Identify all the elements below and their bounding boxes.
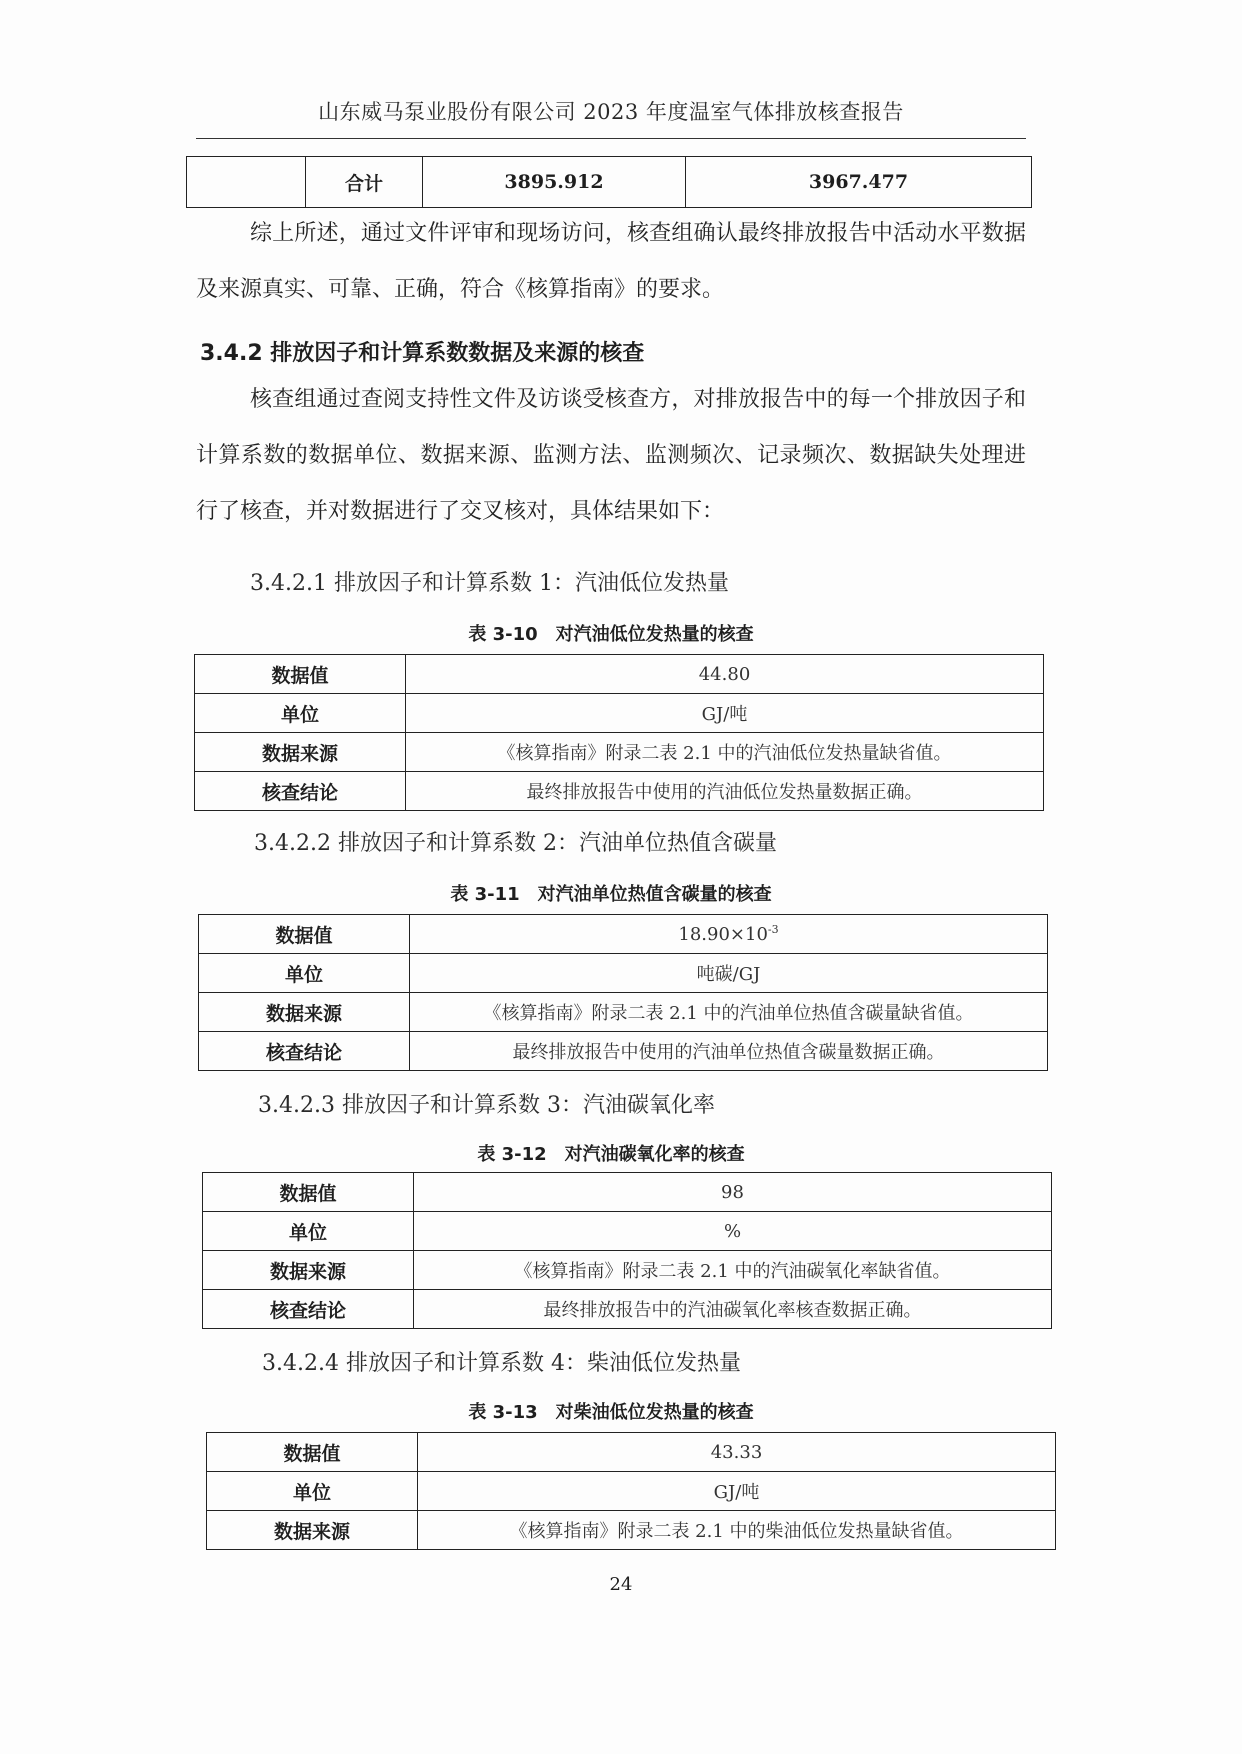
row-label: 数据来源 — [203, 1251, 414, 1290]
table-title: 对汽油碳氧化率的核查 — [565, 1144, 745, 1165]
row-value: 最终排放报告中使用的汽油低位发热量数据正确。 — [406, 772, 1044, 811]
table-3-12: 数据值98 单位% 数据来源《核算指南》附录二表 2.1 中的汽油碳氧化率缺省值… — [202, 1172, 1052, 1329]
row-label: 数据来源 — [195, 733, 406, 772]
row-value: 最终排放报告中使用的汽油单位热值含碳量数据正确。 — [410, 1032, 1048, 1071]
subsection-heading-2: 3.4.2.2 排放因子和计算系数 2：汽油单位热值含碳量 — [254, 826, 777, 857]
table-title: 对汽油单位热值含碳量的核查 — [538, 884, 772, 905]
page-number: 24 — [0, 1574, 1242, 1595]
table-row: 数据值44.80 — [195, 655, 1044, 694]
table-row: 单位% — [203, 1212, 1052, 1251]
table-number: 表 3-13 — [468, 1402, 537, 1423]
total-blank-cell — [187, 157, 306, 208]
table-row: 核查结论最终排放报告中使用的汽油低位发热量数据正确。 — [195, 772, 1044, 811]
row-value: 《核算指南》附录二表 2.1 中的汽油单位热值含碳量缺省值。 — [410, 993, 1048, 1032]
emissions-total-table: 合计 3895.912 3967.477 — [186, 156, 1032, 208]
total-value-1-cell: 3895.912 — [423, 157, 686, 208]
row-label: 数据来源 — [199, 993, 410, 1032]
row-value: 《核算指南》附录二表 2.1 中的汽油碳氧化率缺省值。 — [414, 1251, 1052, 1290]
row-value: 最终排放报告中的汽油碳氧化率核查数据正确。 — [414, 1290, 1052, 1329]
row-label: 数据值 — [207, 1433, 418, 1472]
table-row: 数据值18.90×10-3 — [199, 915, 1048, 954]
row-value: % — [414, 1212, 1052, 1251]
table-row: 单位GJ/吨 — [207, 1472, 1056, 1511]
table-row: 数据来源《核算指南》附录二表 2.1 中的柴油低位发热量缺省值。 — [207, 1511, 1056, 1550]
row-label: 数据值 — [195, 655, 406, 694]
table-row: 数据来源《核算指南》附录二表 2.1 中的汽油低位发热量缺省值。 — [195, 733, 1044, 772]
table-row: 单位吨碳/GJ — [199, 954, 1048, 993]
table-row: 核查结论最终排放报告中使用的汽油单位热值含碳量数据正确。 — [199, 1032, 1048, 1071]
table-title: 对汽油低位发热量的核查 — [556, 624, 754, 645]
table-row: 单位GJ/吨 — [195, 694, 1044, 733]
row-label: 核查结论 — [199, 1032, 410, 1071]
page-header-title: 山东威马泵业股份有限公司 2023 年度温室气体排放核查报告 — [196, 96, 1026, 126]
value-exponent: -3 — [768, 923, 779, 936]
header-divider — [196, 138, 1026, 139]
table-3-10: 数据值44.80 单位GJ/吨 数据来源《核算指南》附录二表 2.1 中的汽油低… — [194, 654, 1044, 811]
subsection-heading-1: 3.4.2.1 排放因子和计算系数 1：汽油低位发热量 — [250, 566, 729, 597]
section-heading: 3.4.2 排放因子和计算系数数据及来源的核查 — [200, 336, 644, 367]
row-label: 数据值 — [199, 915, 410, 954]
table-caption-3-11: 表 3-11对汽油单位热值含碳量的核查 — [196, 880, 1026, 906]
value-mantissa: 18.90×10 — [678, 924, 768, 945]
row-value: 《核算指南》附录二表 2.1 中的汽油低位发热量缺省值。 — [406, 733, 1044, 772]
row-value: 98 — [414, 1173, 1052, 1212]
row-value: GJ/吨 — [418, 1472, 1056, 1511]
table-row: 核查结论最终排放报告中的汽油碳氧化率核查数据正确。 — [203, 1290, 1052, 1329]
row-value: 44.80 — [406, 655, 1044, 694]
summary-paragraph: 综上所述，通过文件评审和现场访问，核查组确认最终排放报告中活动水平数据及来源真实… — [196, 206, 1026, 318]
row-label: 数据来源 — [207, 1511, 418, 1550]
intro-paragraph: 核查组通过查阅支持性文件及访谈受核查方，对排放报告中的每一个排放因子和计算系数的… — [196, 372, 1026, 540]
table-row: 数据值43.33 — [207, 1433, 1056, 1472]
total-label-cell: 合计 — [306, 157, 423, 208]
table-caption-3-12: 表 3-12对汽油碳氧化率的核查 — [196, 1140, 1026, 1166]
table-row: 数据值98 — [203, 1173, 1052, 1212]
row-label: 单位 — [199, 954, 410, 993]
table-3-11: 数据值18.90×10-3 单位吨碳/GJ 数据来源《核算指南》附录二表 2.1… — [198, 914, 1048, 1071]
row-label: 单位 — [207, 1472, 418, 1511]
row-value: 43.33 — [418, 1433, 1056, 1472]
table-number: 表 3-10 — [468, 624, 537, 645]
row-label: 单位 — [203, 1212, 414, 1251]
table-number: 表 3-11 — [450, 884, 519, 905]
row-label: 核查结论 — [203, 1290, 414, 1329]
table-row: 数据来源《核算指南》附录二表 2.1 中的汽油碳氧化率缺省值。 — [203, 1251, 1052, 1290]
row-value: 《核算指南》附录二表 2.1 中的柴油低位发热量缺省值。 — [418, 1511, 1056, 1550]
table-caption-3-13: 表 3-13对柴油低位发热量的核查 — [196, 1398, 1026, 1424]
row-label: 单位 — [195, 694, 406, 733]
table-title: 对柴油低位发热量的核查 — [556, 1402, 754, 1423]
row-label: 数据值 — [203, 1173, 414, 1212]
row-value: 18.90×10-3 — [410, 915, 1048, 954]
total-value-2-cell: 3967.477 — [686, 157, 1032, 208]
subsection-heading-4: 3.4.2.4 排放因子和计算系数 4：柴油低位发热量 — [262, 1346, 741, 1377]
subsection-heading-3: 3.4.2.3 排放因子和计算系数 3：汽油碳氧化率 — [258, 1088, 715, 1119]
row-value: 吨碳/GJ — [410, 954, 1048, 993]
row-label: 核查结论 — [195, 772, 406, 811]
table-row: 数据来源《核算指南》附录二表 2.1 中的汽油单位热值含碳量缺省值。 — [199, 993, 1048, 1032]
table-row-total: 合计 3895.912 3967.477 — [187, 157, 1032, 208]
table-caption-3-10: 表 3-10对汽油低位发热量的核查 — [196, 620, 1026, 646]
table-3-13: 数据值43.33 单位GJ/吨 数据来源《核算指南》附录二表 2.1 中的柴油低… — [206, 1432, 1056, 1550]
table-number: 表 3-12 — [477, 1144, 546, 1165]
row-value: GJ/吨 — [406, 694, 1044, 733]
